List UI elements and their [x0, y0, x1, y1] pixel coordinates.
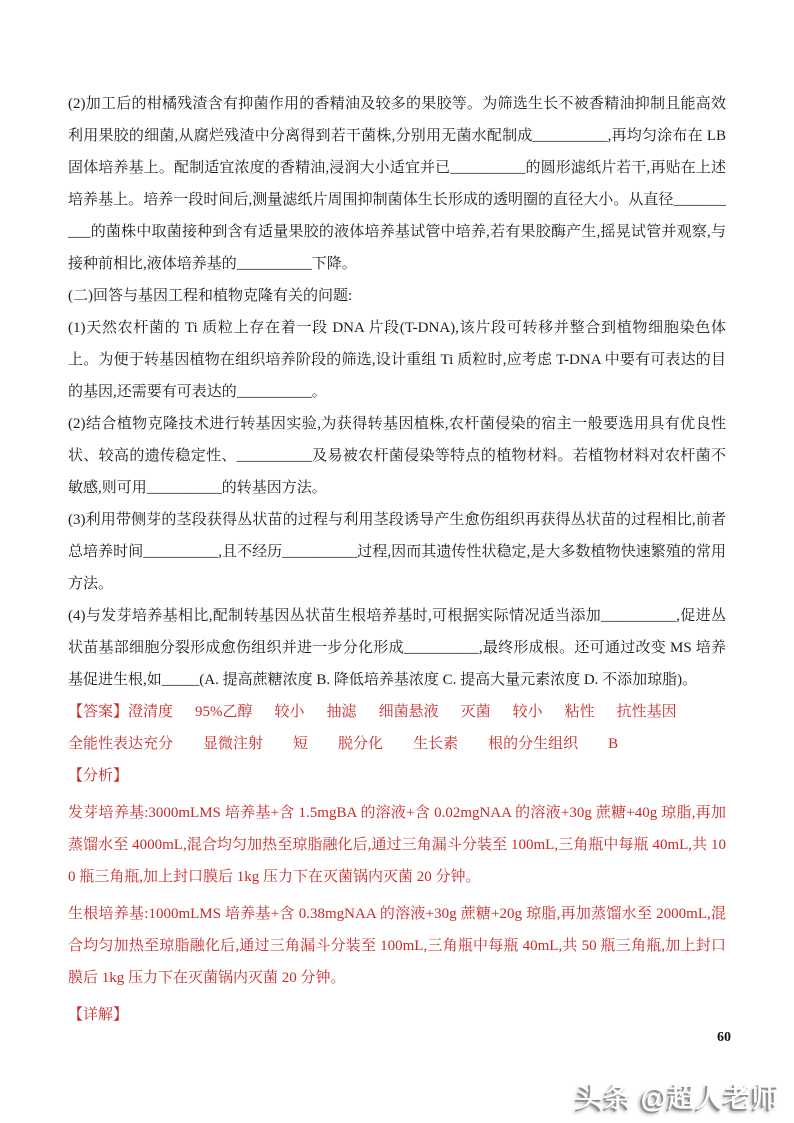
document-page: { "page": { "number": "60", "watermark":…: [0, 0, 794, 1123]
analysis-paragraph-germination-medium: 发芽培养基:3000mLMS 培养基+含 1.5mgBA 的溶液+含 0.02m…: [68, 797, 726, 893]
answer-item: 根的分生组织: [488, 736, 578, 752]
answer-label: 【答案】: [68, 704, 128, 720]
page-number: 60: [717, 1030, 731, 1046]
answer-item: 较小: [275, 704, 305, 720]
question-paragraph-agrobacterium: (2)结合植物克隆技术进行转基因实验,为获得转基因植株,农杆菌侵染的宿主一般要选…: [68, 408, 726, 504]
document-content: (2)加工后的柑橘残渣含有抑菌作用的香精油及较多的果胶等。为筛选生长不被香精油抑…: [68, 88, 726, 1031]
answer-item: 澄清度: [128, 704, 173, 720]
watermark: 头条 @超人老师: [576, 1076, 780, 1115]
answer-item: 灭菌: [461, 704, 491, 720]
section-heading-part2: (二)回答与基因工程和植物克隆有关的问题:: [68, 280, 726, 312]
question-paragraph-rooting-medium: (4)与发芽培养基相比,配制转基因丛状苗生根培养基时,可根据实际情况适当添加__…: [68, 600, 726, 696]
answer-item: 抽滤: [327, 704, 357, 720]
answer-item: 生长素: [413, 736, 458, 752]
analysis-paragraph-rooting-medium: 生根培养基:1000mLMS 培养基+含 0.38mgNAA 的溶液+30g 蔗…: [68, 898, 726, 994]
answer-item: 抗性基因: [617, 704, 677, 720]
answer-row-1: 【答案】澄清度95%乙醇较小抽滤细菌悬液灭菌较小粘性抗性基因: [68, 696, 726, 728]
answer-item: 脱分化: [338, 736, 383, 752]
answer-item: 95%乙醇: [195, 704, 253, 720]
detail-label: 【详解】: [68, 999, 726, 1031]
answer-row-2: 全能性表达充分显微注射短脱分化生长素根的分生组织B: [68, 728, 726, 760]
answer-item: 全能性表达充分: [68, 736, 173, 752]
analysis-label: 【分析】: [68, 760, 726, 792]
answer-item: 细菌悬液: [379, 704, 439, 720]
question-paragraph-ti-plasmid: (1)天然农杆菌的 Ti 质粒上存在着一段 DNA 片段(T-DNA),该片段可…: [68, 312, 726, 408]
question-paragraph-citrus: (2)加工后的柑橘残渣含有抑菌作用的香精油及较多的果胶等。为筛选生长不被香精油抑…: [68, 88, 726, 280]
answer-item: 较小: [513, 704, 543, 720]
question-paragraph-stem-segment: (3)利用带侧芽的茎段获得丛状苗的过程与利用茎段诱导产生愈伤组织再获得丛状苗的过…: [68, 504, 726, 600]
answer-item: B: [608, 736, 618, 752]
answer-item: 短: [293, 736, 308, 752]
answer-item: 显微注射: [203, 736, 263, 752]
answer-item: 粘性: [565, 704, 595, 720]
